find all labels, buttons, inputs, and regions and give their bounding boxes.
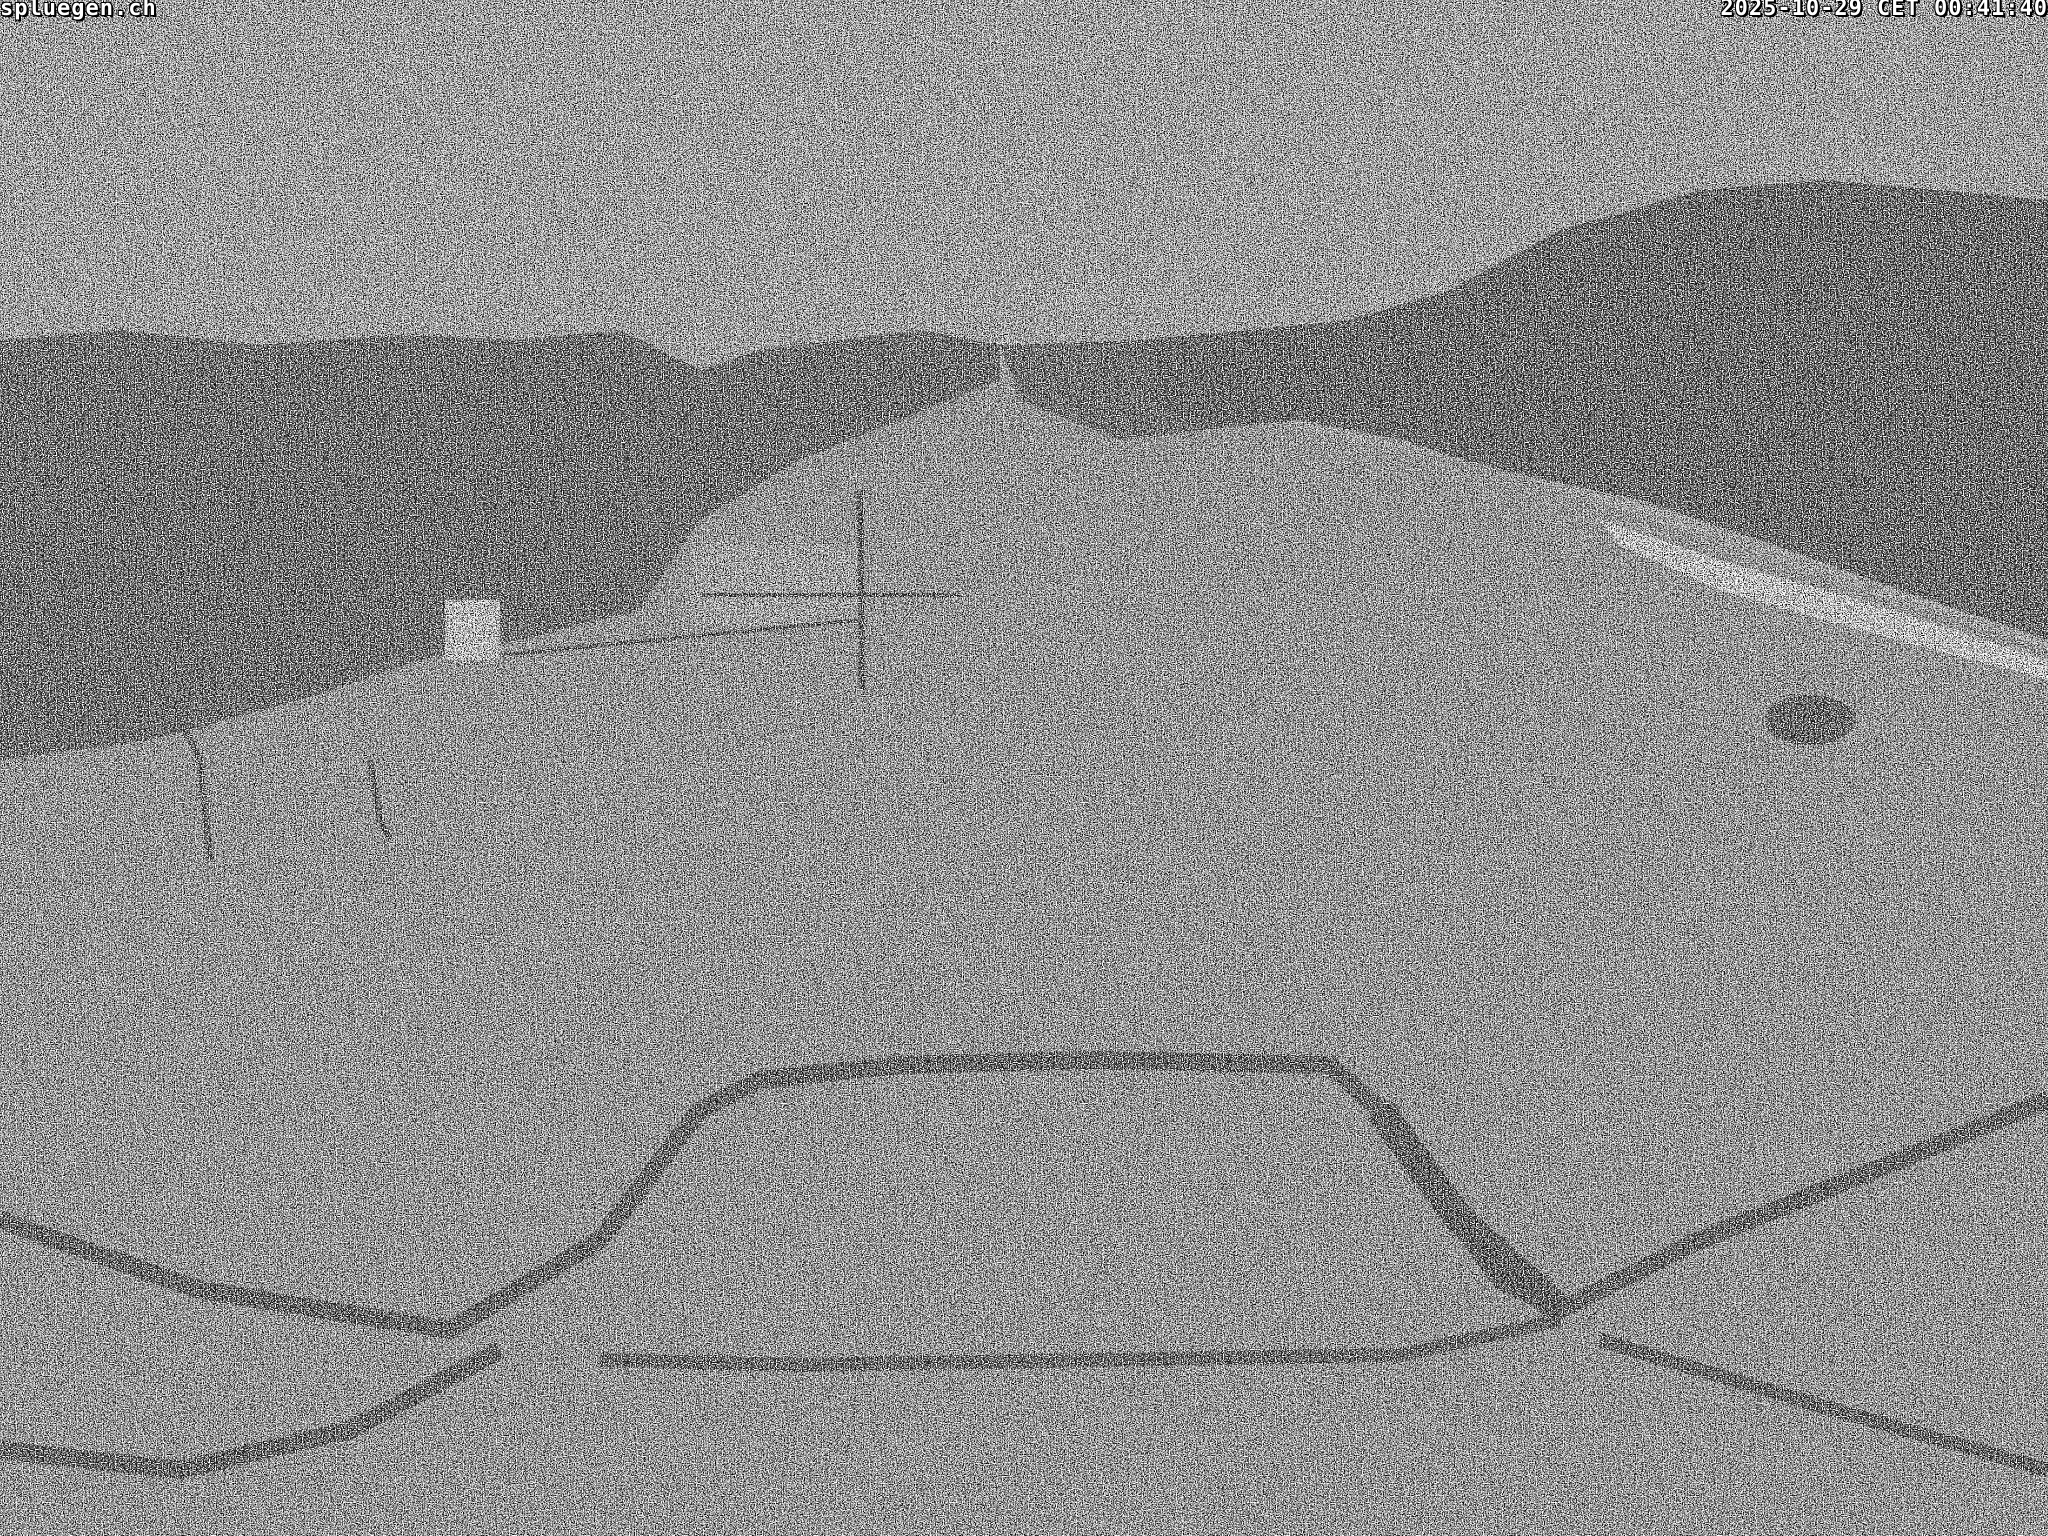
- timestamp-label: 2025-10-29 CET 00:41:40: [1720, 0, 2048, 20]
- landscape-scene: [0, 0, 2048, 1536]
- site-label: spluegen.ch: [0, 0, 157, 20]
- webcam-image: spluegen.ch 2025-10-29 CET 00:41:40: [0, 0, 2048, 1536]
